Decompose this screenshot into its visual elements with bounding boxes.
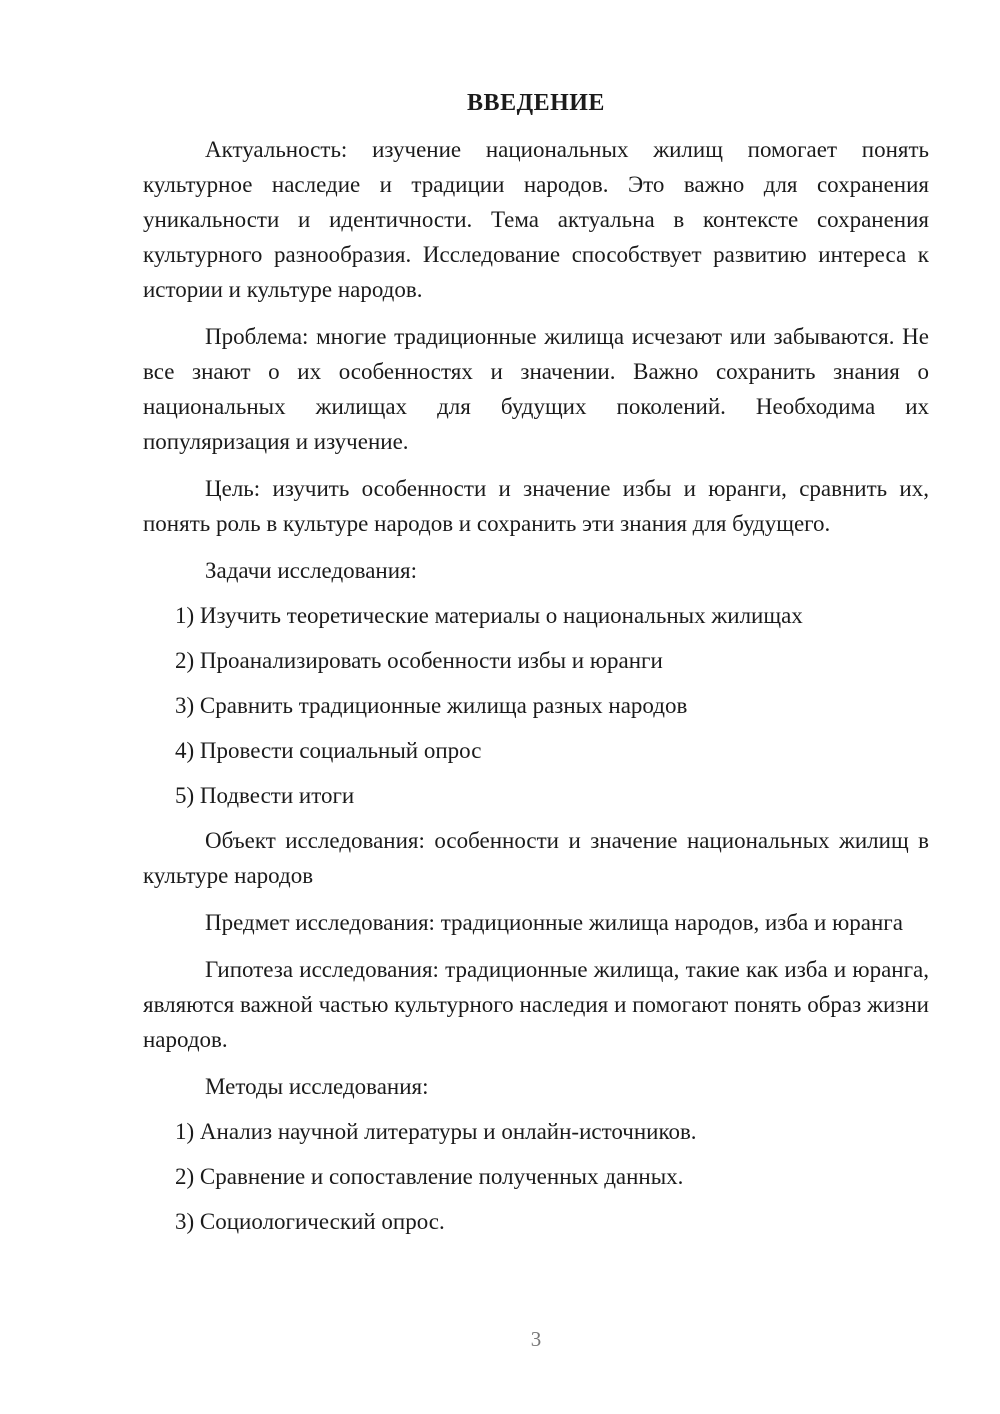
paragraph-hypothesis: Гипотеза исследования: традиционные жили… [143,952,929,1057]
document-page: ВВЕДЕНИЕ Актуальность: изучение национал… [0,0,1000,1414]
paragraph-subject: Предмет исследования: традиционные жилищ… [143,905,929,940]
paragraph-object: Объект исследования: особенности и значе… [143,823,929,893]
task-item-1: 1) Изучить теоретические материалы о нац… [143,598,929,633]
methods-heading: Методы исследования: [143,1069,929,1104]
page-number: 3 [143,1324,929,1354]
task-item-4: 4) Провести социальный опрос [143,733,929,768]
task-item-5: 5) Подвести итоги [143,778,929,813]
paragraph-problem: Проблема: многие традиционные жилища исч… [143,319,929,459]
task-item-3: 3) Сравнить традиционные жилища разных н… [143,688,929,723]
paragraph-goal: Цель: изучить особенности и значение изб… [143,471,929,541]
tasks-heading: Задачи исследования: [143,553,929,588]
page-title: ВВЕДЕНИЕ [143,84,929,122]
method-item-1: 1) Анализ научной литературы и онлайн-ис… [143,1114,929,1149]
method-item-3: 3) Социологический опрос. [143,1204,929,1239]
method-item-2: 2) Сравнение и сопоставление полученных … [143,1159,929,1194]
paragraph-relevance: Актуальность: изучение национальных жили… [143,132,929,307]
task-item-2: 2) Проанализировать особенности избы и ю… [143,643,929,678]
